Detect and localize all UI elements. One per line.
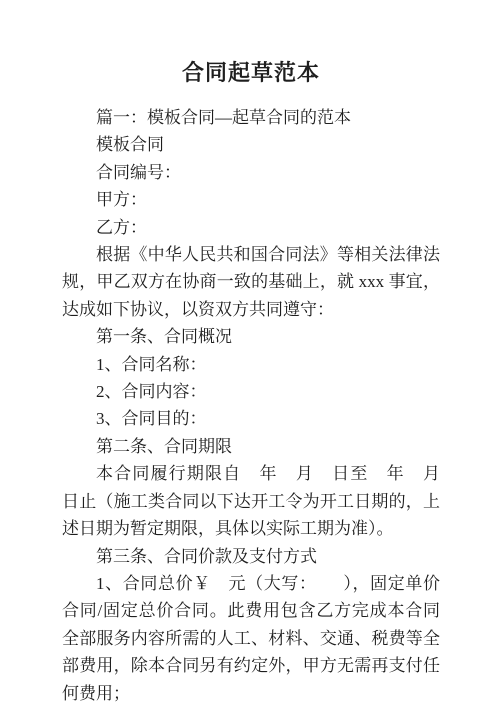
paragraph-3: 合同编号：: [62, 159, 440, 186]
paragraph-12: 本合同履行期限自 年 月 日至 年 月 日止（施工类合同以下达开工令为开工日期的…: [62, 460, 440, 542]
paragraph-5: 乙方：: [62, 214, 440, 241]
document-body: 篇一：模板合同—起草合同的范本模板合同合同编号：甲方：乙方：根据《中华人民共和国…: [62, 104, 440, 707]
paragraph-13: 第三条、合同价款及支付方式: [62, 543, 440, 570]
paragraph-7: 第一条、合同概况: [62, 323, 440, 350]
paragraph-4: 甲方：: [62, 186, 440, 213]
document-page: 合同起草范本 篇一：模板合同—起草合同的范本模板合同合同编号：甲方：乙方：根据《…: [0, 0, 500, 707]
paragraph-6: 根据《中华人民共和国合同法》等相关法律法规，甲乙双方在协商一致的基础上，就 xx…: [62, 241, 440, 323]
document-title: 合同起草范本: [62, 58, 440, 88]
paragraph-14: 1、合同总价￥ 元（大写： ），固定单价合同/固定总价合同。此费用包含乙方完成本…: [62, 570, 440, 707]
paragraph-1: 篇一：模板合同—起草合同的范本: [62, 104, 440, 131]
paragraph-10: 3、合同目的：: [62, 405, 440, 432]
paragraph-11: 第二条、合同期限: [62, 433, 440, 460]
paragraph-8: 1、合同名称：: [62, 351, 440, 378]
paragraph-9: 2、合同内容：: [62, 378, 440, 405]
paragraph-2: 模板合同: [62, 131, 440, 158]
